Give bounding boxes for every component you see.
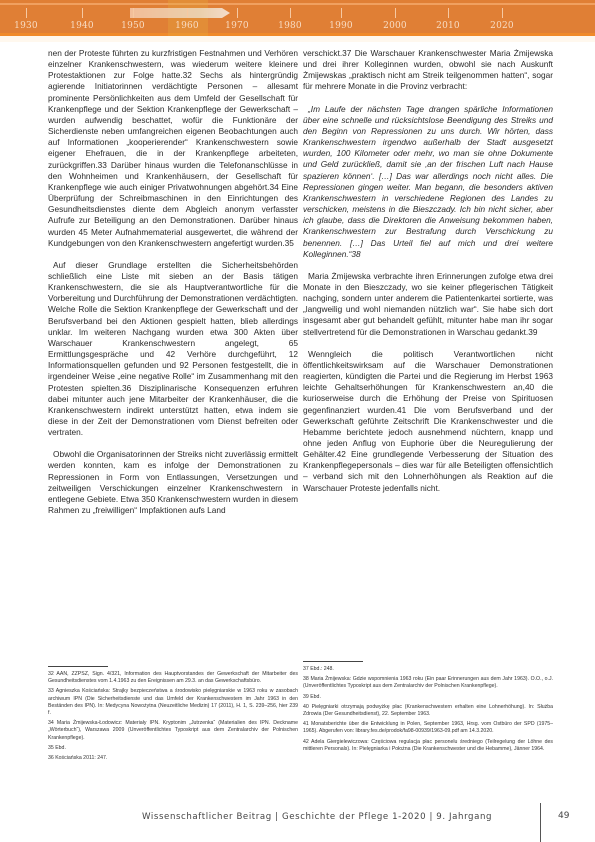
timeline-year: 1970 [225,21,249,31]
footnote: 42 Adela Giergielewiczowa: Częściowa reg… [303,739,553,753]
timeline-tick [502,8,503,18]
timeline-tick [290,8,291,18]
timeline-year: 2020 [490,21,514,31]
footnotes-right: 37 Ebd.: 248. 38 Maria Żmijewska: Gdzie … [303,666,553,756]
timeline-tick [237,8,238,18]
footnotes-left: 32 AAN, ZZPSZ, Sign. 4/321, Information … [48,671,298,765]
timeline-tick [82,8,83,18]
timeline-year: 1980 [278,21,302,31]
timeline-shadow [0,36,595,42]
timeline-tick [448,8,449,18]
timeline-year: 1960 [175,21,199,31]
page-number: 49 [558,811,569,821]
footnote: 34 Maria Żmijewska-Łodowicz: Materiały I… [48,720,298,742]
timeline-top-line [0,3,595,5]
footnote: 32 AAN, ZZPSZ, Sign. 4/321, Information … [48,671,298,685]
footnote-divider [303,661,363,662]
timeline-year: 1930 [14,21,38,31]
footnote: 38 Maria Żmijewska: Gdzie wspomnienia 19… [303,676,553,690]
footnote: 37 Ebd.: 248. [303,666,553,673]
timeline-tick [187,8,188,18]
footnote: 41 Monatsberichte über die Entwicklung i… [303,721,553,735]
footnote: 39 Ebd. [303,694,553,701]
timeline-tick [395,8,396,18]
body-paragraph: Maria Żmijewska verbrachte ihren Erinner… [303,271,553,338]
block-quote: „Im Laufe der nächsten Tage drangen spär… [303,104,553,260]
body-paragraph: verschickt.37 Die Warschauer Krankenschw… [303,48,553,93]
timeline-year: 2000 [383,21,407,31]
running-footer: Wissenschaftlicher Beitrag | Geschichte … [142,812,492,822]
timeline-year: 1990 [329,21,353,31]
body-paragraph: Auf dieser Grundlage erstellten die Sich… [48,260,298,439]
timeline-year: 1950 [121,21,145,31]
footnote: 36 Kościańska 2011: 247. [48,755,298,762]
timeline-tick [26,8,27,18]
body-paragraph: Obwohl die Organisatorinnen der Streiks … [48,449,298,516]
timeline-tick [133,8,134,18]
footnote-divider [48,666,108,667]
timeline-tick [341,8,342,18]
footnote: 35 Ebd. [48,745,298,752]
timeline-year: 1940 [70,21,94,31]
footer-divider [540,803,541,842]
body-paragraph: Wenngleich die politisch Verantwortliche… [303,349,553,494]
right-column: verschickt.37 Die Warschauer Krankenschw… [303,48,553,505]
timeline-year: 2010 [436,21,460,31]
body-paragraph: nen der Proteste führten zu kurzfristige… [48,48,298,249]
left-column: nen der Proteste führten zu kurzfristige… [48,48,298,527]
timeline-header: 1930 1940 1950 1960 1970 1980 1990 2000 … [0,0,595,36]
footnote: 33 Agnieszka Kościańska: Strajky bezpiec… [48,688,298,717]
footnote: 40 Pielęgniarki otrzymają podwyżkę płac … [303,704,553,718]
timeline-arrow-icon [130,8,230,18]
